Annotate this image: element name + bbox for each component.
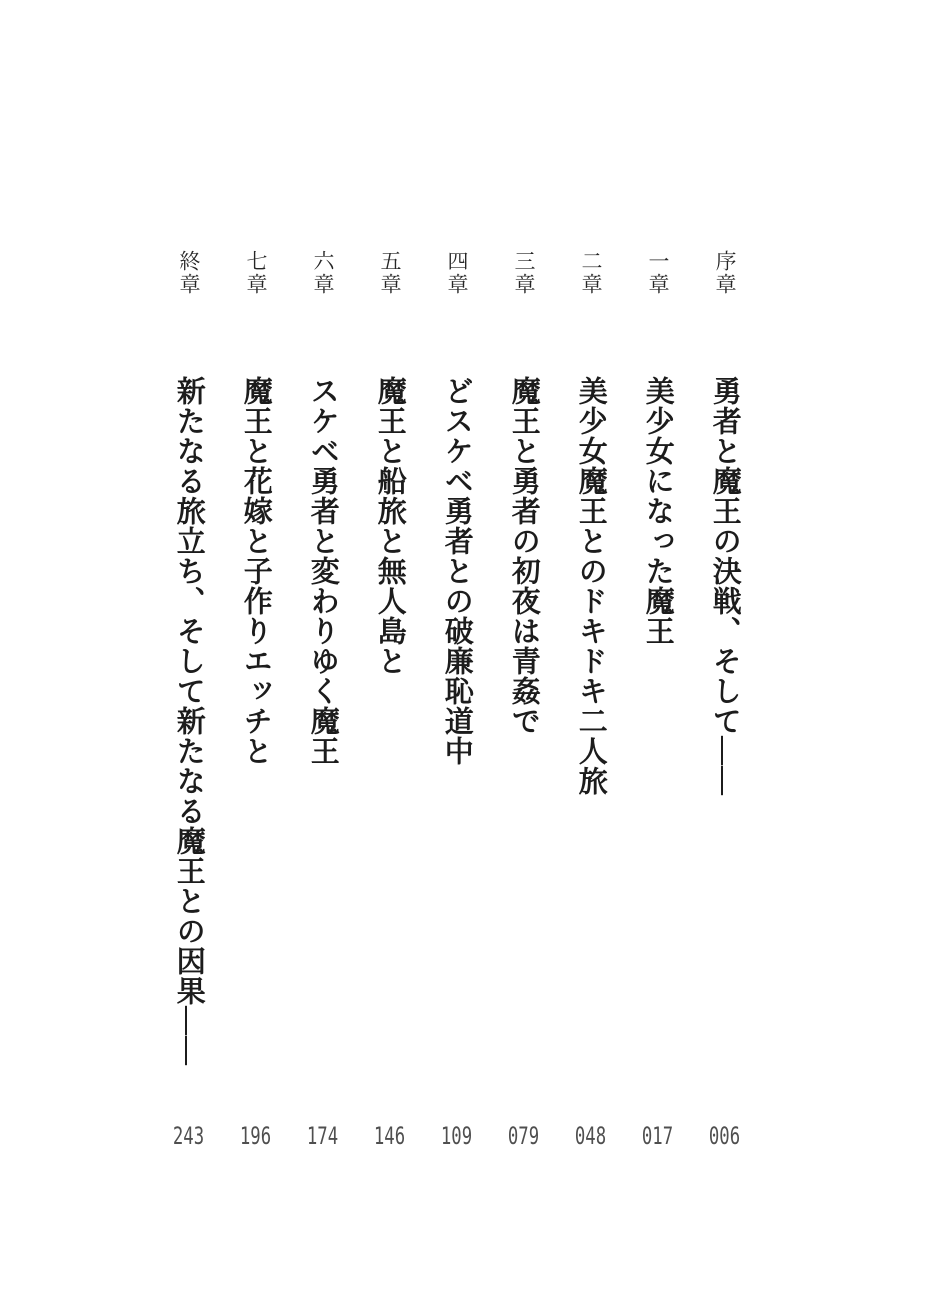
page-number-chapter-3: 079: [499, 1124, 547, 1148]
chapter-title: 勇者と魔王の決戦、そして――: [708, 376, 740, 796]
toc-entry-chapter-5: 五章 魔王と船旅と無人島と: [356, 250, 423, 1130]
chapter-label: 三章: [513, 250, 534, 300]
toc-entry-chapter-6: 六章 スケベ勇者と変わりゆく魔王: [289, 250, 356, 1130]
toc-entry-chapter-3: 三章 魔王と勇者の初夜は青姦で: [490, 250, 557, 1130]
toc-page: 序章 勇者と魔王の決戦、そして―― 一章 美少女になった魔王 二章 美少女魔王と…: [0, 0, 928, 1309]
toc-entry-chapter-2: 二章 美少女魔王とのドキドキ二人旅: [557, 250, 624, 1130]
chapter-title: 魔王と花嫁と子作りエッチと: [239, 376, 271, 766]
toc-entry-chapter-4: 四章 どスケベ勇者との破廉恥道中: [423, 250, 490, 1130]
chapter-title: 新たなる旅立ち、そして新たなる魔王との因果――: [172, 376, 204, 1066]
page-number-chapter-5: 146: [365, 1124, 413, 1148]
toc-columns: 序章 勇者と魔王の決戦、そして―― 一章 美少女になった魔王 二章 美少女魔王と…: [155, 250, 758, 1130]
toc-entry-chapter-7: 七章 魔王と花嫁と子作りエッチと: [222, 250, 289, 1130]
chapter-title: 魔王と船旅と無人島と: [373, 376, 405, 676]
chapter-title: 美少女魔王とのドキドキ二人旅: [574, 376, 606, 796]
page-number-epilogue: 243: [164, 1124, 212, 1148]
toc-entry-prologue: 序章 勇者と魔王の決戦、そして――: [691, 250, 758, 1130]
toc-entry-epilogue: 終章 新たなる旅立ち、そして新たなる魔王との因果――: [155, 250, 222, 1130]
page-number-row: 006 017 048 079 109 146 174 196 243: [155, 1124, 758, 1148]
toc-entry-chapter-1: 一章 美少女になった魔王: [624, 250, 691, 1130]
chapter-label: 一章: [647, 250, 668, 300]
chapter-label: 四章: [446, 250, 467, 300]
chapter-label: 五章: [379, 250, 400, 300]
chapter-label: 終章: [178, 250, 199, 300]
chapter-title: どスケベ勇者との破廉恥道中: [440, 376, 472, 766]
page-number-chapter-1: 017: [633, 1124, 681, 1148]
chapter-title: 美少女になった魔王: [641, 376, 673, 646]
chapter-label: 六章: [312, 250, 333, 300]
page-number-chapter-2: 048: [566, 1124, 614, 1148]
chapter-label: 序章: [714, 250, 735, 300]
page-number-chapter-7: 196: [231, 1124, 279, 1148]
chapter-title: スケベ勇者と変わりゆく魔王: [306, 376, 338, 766]
page-number-chapter-6: 174: [298, 1124, 346, 1148]
chapter-title: 魔王と勇者の初夜は青姦で: [507, 376, 539, 736]
page-number-chapter-4: 109: [432, 1124, 480, 1148]
chapter-label: 七章: [245, 250, 266, 300]
chapter-label: 二章: [580, 250, 601, 300]
page-number-prologue: 006: [700, 1124, 748, 1148]
